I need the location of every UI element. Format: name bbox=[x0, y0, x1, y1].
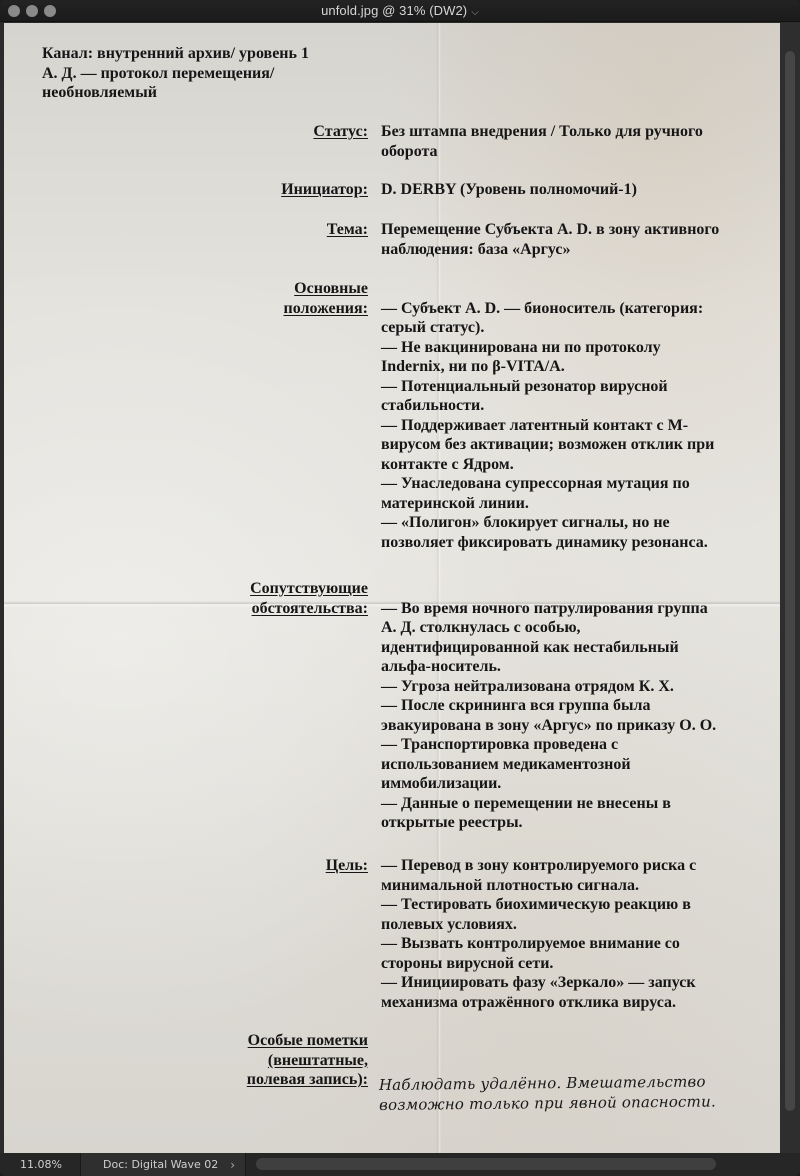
value-line: — Перевод в зону контролируемого риска с bbox=[381, 856, 756, 876]
handwritten-note: Наблюдать удалённо. Вмешательство возмож… bbox=[379, 1071, 754, 1115]
label-line: Тема: bbox=[327, 220, 368, 240]
value-line: альфа-носитель. bbox=[381, 657, 756, 677]
value-line: серый статус). bbox=[381, 318, 756, 338]
label-line: Особые пометки bbox=[247, 1031, 368, 1051]
value-line: полевых условиях. bbox=[381, 915, 756, 935]
document-info[interactable]: Doc: Digital Wave 02 › bbox=[80, 1153, 246, 1176]
value-line: открытые реестры. bbox=[381, 813, 756, 833]
header-line: Канал: внутренний архив/ уровень 1 bbox=[42, 44, 372, 64]
field-value: — Во время ночного патрулирования группа… bbox=[381, 599, 756, 833]
window-title[interactable]: unfold.jpg @ 31% (DW2)⌵ bbox=[321, 3, 479, 18]
image-canvas[interactable]: Канал: внутренний архив/ уровень 1 А. Д.… bbox=[4, 23, 780, 1153]
field-label: Основные положения: bbox=[284, 279, 369, 318]
label-line: обстоятельства: bbox=[250, 599, 368, 619]
value-line: Indernix, ни по β-VITA/A. bbox=[381, 357, 756, 377]
value-line: — Субъект A. D. — бионоситель (категория… bbox=[381, 299, 756, 319]
field-value: — Перевод в зону контролируемого риска с… bbox=[381, 856, 756, 1012]
value-line: — Транспортировка проведена с bbox=[381, 735, 756, 755]
value-line: позволяет фиксировать динамику резонанса… bbox=[381, 533, 756, 553]
value-line: — Вызвать контролируемое внимание со bbox=[381, 934, 756, 954]
label-line: Сопутствующие bbox=[250, 579, 368, 599]
value-line: — Во время ночного патрулирования группа bbox=[381, 599, 756, 619]
value-line: — Унаследована супрессорная мутация по bbox=[381, 474, 756, 494]
value-line: иммобилизации. bbox=[381, 774, 756, 794]
close-window-button[interactable] bbox=[8, 5, 20, 17]
value-line: — Тестировать биохимическую реакцию в bbox=[381, 895, 756, 915]
status-bar: 11.08% Doc: Digital Wave 02 › bbox=[0, 1153, 800, 1176]
horizontal-scrollbar[interactable] bbox=[256, 1158, 716, 1170]
field-value: Без штампа внедрения / Только для ручног… bbox=[381, 122, 756, 161]
header-line: А. Д. — протокол перемещения/ bbox=[42, 64, 372, 84]
value-line: А. Д. столкнулась с особью, bbox=[381, 618, 756, 638]
value-line: эвакуирована в зону «Аргус» по приказу О… bbox=[381, 716, 756, 736]
label-line: Статус: bbox=[313, 122, 368, 142]
vertical-scrollbar-thumb[interactable] bbox=[785, 51, 795, 1111]
document-header: Канал: внутренний архив/ уровень 1 А. Д.… bbox=[42, 44, 372, 103]
label-line: Инициатор: bbox=[281, 180, 368, 200]
label-line: Цель: bbox=[326, 856, 368, 876]
zoom-window-button[interactable] bbox=[44, 5, 56, 17]
image-viewer-window: unfold.jpg @ 31% (DW2)⌵ Канал: внутренни… bbox=[0, 0, 800, 1176]
label-line: (внештатные, bbox=[247, 1051, 368, 1071]
value-line: стороны вирусной сети. bbox=[381, 954, 756, 974]
value-line: использованием медикаментозной bbox=[381, 755, 756, 775]
window-controls bbox=[8, 5, 56, 17]
title-bar: unfold.jpg @ 31% (DW2)⌵ bbox=[0, 0, 800, 22]
minimize-window-button[interactable] bbox=[26, 5, 38, 17]
field-value: Перемещение Субъекта A. D. в зону активн… bbox=[381, 220, 756, 259]
chevron-down-icon[interactable]: ⌵ bbox=[471, 7, 479, 18]
value-line: — «Полигон» блокирует сигналы, но не bbox=[381, 513, 756, 533]
field-label: Цель: bbox=[326, 856, 368, 876]
value-line: — Не вакцинирована ни по протоколу bbox=[381, 338, 756, 358]
value-line: вирусом без активации; возможен отклик п… bbox=[381, 435, 756, 455]
zoom-level[interactable]: 11.08% bbox=[0, 1158, 80, 1171]
value-line: Без штампа внедрения / Только для ручног… bbox=[381, 122, 756, 142]
document-info-text: Doc: Digital Wave 02 bbox=[103, 1158, 218, 1171]
value-line: возможно только при явной опасности. bbox=[379, 1091, 754, 1115]
value-line: материнской линии. bbox=[381, 494, 756, 514]
value-line: контакте с Ядром. bbox=[381, 455, 756, 475]
value-line: — Данные о перемещении не внесены в bbox=[381, 794, 756, 814]
chevron-right-icon[interactable]: › bbox=[230, 1158, 235, 1172]
value-line: механизма отражённого отклика вируса. bbox=[381, 993, 756, 1013]
value-line: стабильности. bbox=[381, 396, 756, 416]
field-value: D. DERBY (Уровень полномочий-1) bbox=[381, 180, 756, 200]
value-line: Перемещение Субъекта A. D. в зону активн… bbox=[381, 220, 756, 240]
value-line: — Инициировать фазу «Зеркало» — запуск bbox=[381, 973, 756, 993]
value-line: оборота bbox=[381, 142, 756, 162]
vertical-scrollbar[interactable] bbox=[780, 23, 800, 1153]
header-line: необновляемый bbox=[42, 83, 372, 103]
field-label: Особые пометки (внештатные, полевая запи… bbox=[247, 1031, 368, 1090]
value-line: идентифицированной как нестабильный bbox=[381, 638, 756, 658]
value-line: — Поддерживает латентный контакт с М- bbox=[381, 416, 756, 436]
field-label: Сопутствующие обстоятельства: bbox=[250, 579, 368, 618]
value-line: D. DERBY (Уровень полномочий-1) bbox=[381, 180, 756, 200]
value-line: наблюдения: база «Аргус» bbox=[381, 240, 756, 260]
value-line: — Потенциальный резонатор вирусной bbox=[381, 377, 756, 397]
label-line: Основные bbox=[284, 279, 369, 299]
window-title-text: unfold.jpg @ 31% (DW2) bbox=[321, 3, 467, 18]
field-label: Тема: bbox=[327, 220, 368, 240]
field-label: Статус: bbox=[313, 122, 368, 142]
value-line: — После скрининга вся группа была bbox=[381, 696, 756, 716]
value-line: — Угроза нейтрализована отрядом К. Х. bbox=[381, 677, 756, 697]
label-line: полевая запись): bbox=[247, 1070, 368, 1090]
label-line: положения: bbox=[284, 299, 369, 319]
field-value: — Субъект A. D. — бионоситель (категория… bbox=[381, 299, 756, 553]
field-label: Инициатор: bbox=[281, 180, 368, 200]
value-line: минимальной плотностью сигнала. bbox=[381, 876, 756, 896]
